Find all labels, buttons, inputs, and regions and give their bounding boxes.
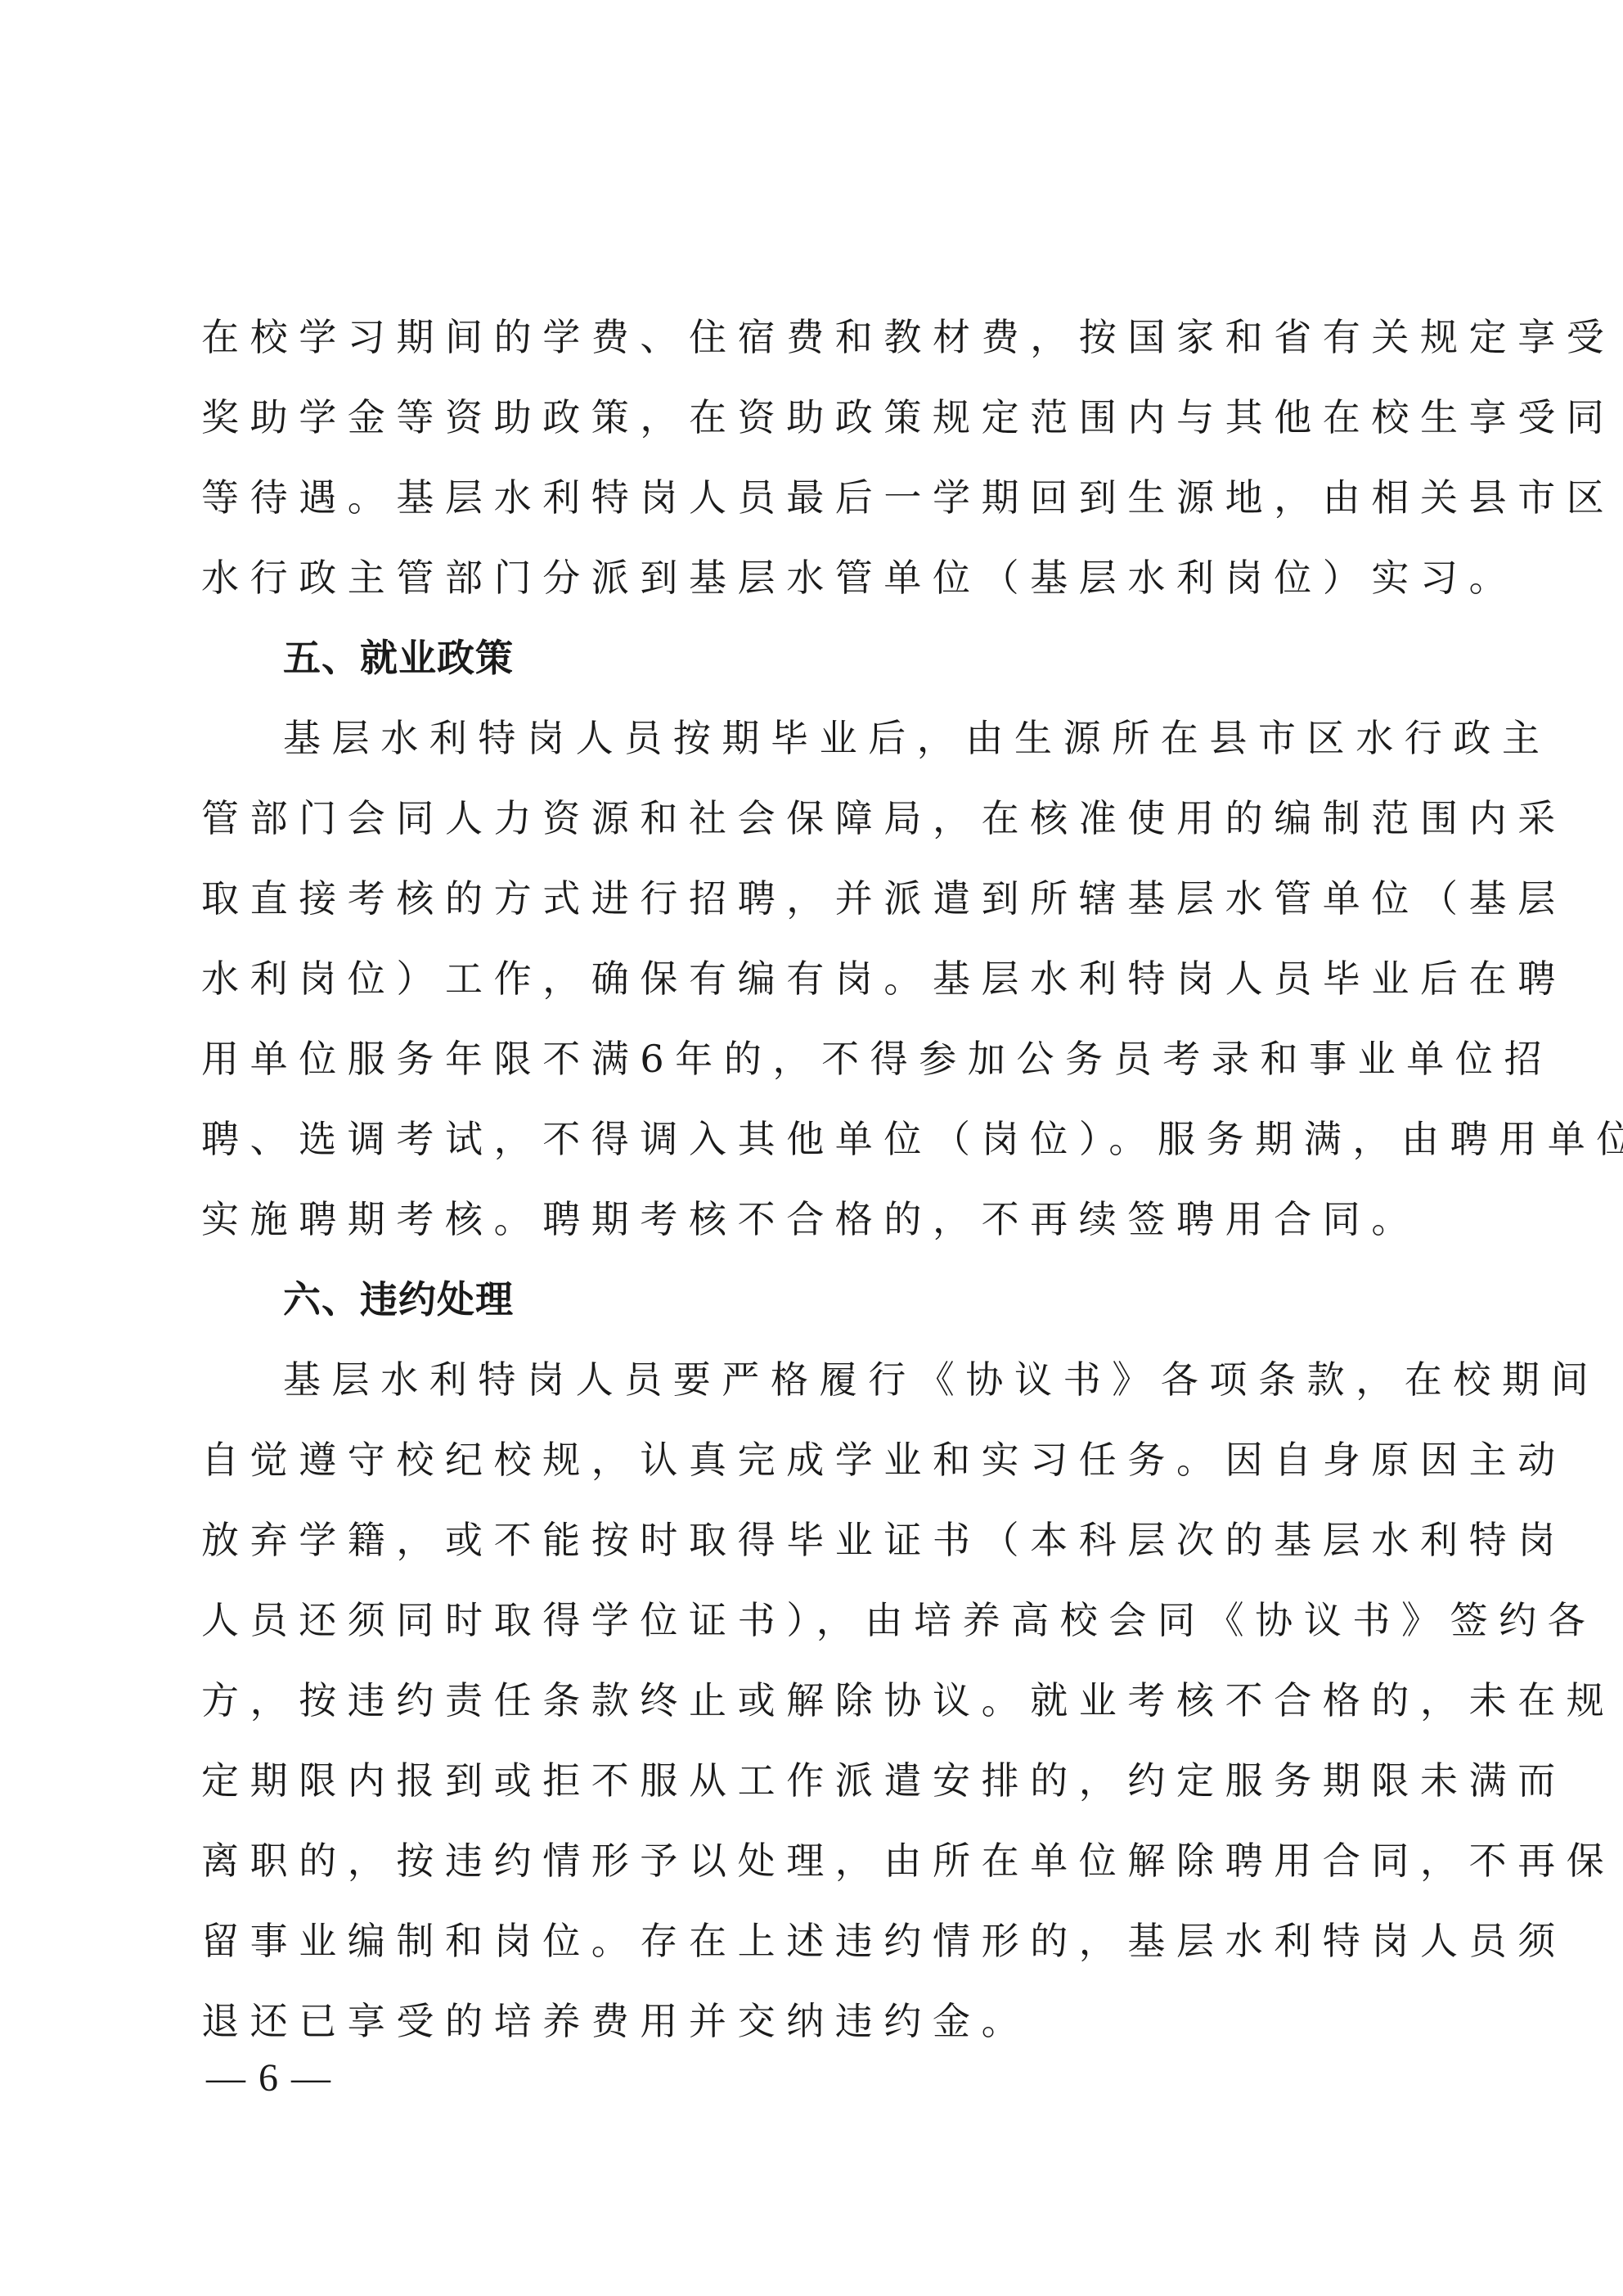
document-page: 在校学习期间的学费、住宿费和教材费，按国家和省有关规定享受 奖助学金等资助政策，… — [0, 0, 1623, 2296]
section-heading-breach-handling: 六、违约处理 — [283, 1267, 514, 1332]
paragraph-line: 放弃学籍，或不能按时取得毕业证书（本科层次的基层水利特岗 — [201, 1507, 1420, 1573]
paragraph-line: 基层水利特岗人员要严格履行《协议书》各项条款，在校期间 — [283, 1347, 1420, 1412]
paragraph-line: 实施聘期考核。聘期考核不合格的，不再续签聘用合同。 — [201, 1186, 1420, 1252]
paragraph-line: 用单位服务年限不满6年的，不得参加公务员考录和事业单位招 — [201, 1026, 1420, 1092]
paragraph-line: 方，按违约责任条款终止或解除协议。就业考核不合格的，未在规 — [201, 1668, 1420, 1733]
paragraph-line: 自觉遵守校纪校规，认真完成学业和实习任务。因自身原因主动 — [201, 1427, 1420, 1492]
page-number: — 6 — — [206, 2054, 332, 2103]
paragraph-line: 在校学习期间的学费、住宿费和教材费，按国家和省有关规定享受 — [201, 304, 1420, 370]
paragraph-line: 留事业编制和岗位。存在上述违约情形的，基层水利特岗人员须 — [201, 1908, 1420, 1974]
paragraph-line: 定期限内报到或拒不服从工作派遣安排的，约定服务期限未满而 — [201, 1748, 1420, 1813]
paragraph-line: 水利岗位）工作，确保有编有岗。基层水利特岗人员毕业后在聘 — [201, 946, 1420, 1011]
paragraph-line: 水行政主管部门分派到基层水管单位（基层水利岗位）实习。 — [201, 545, 1420, 610]
paragraph-line: 取直接考核的方式进行招聘，并派遣到所辖基层水管单位（基层 — [201, 866, 1420, 931]
paragraph-line: 管部门会同人力资源和社会保障局，在核准使用的编制范围内采 — [201, 786, 1420, 851]
paragraph-line: 人员还须同时取得学位证书），由培养高校会同《协议书》签约各 — [201, 1587, 1420, 1653]
paragraph-line: 退还已享受的培养费用并交纳违约金。 — [201, 1988, 1420, 2054]
paragraph-line: 奖助学金等资助政策，在资助政策规定范围内与其他在校生享受同 — [201, 385, 1420, 450]
paragraph-line: 离职的，按违约情形予以处理，由所在单位解除聘用合同，不再保 — [201, 1828, 1420, 1893]
paragraph-line: 等待遇。基层水利特岗人员最后一学期回到生源地，由相关县市区 — [201, 465, 1420, 530]
paragraph-line: 聘、选调考试，不得调入其他单位（岗位）。服务期满，由聘用单位 — [201, 1106, 1420, 1172]
paragraph-line: 基层水利特岗人员按期毕业后，由生源所在县市区水行政主 — [283, 705, 1420, 771]
section-heading-employment-policy: 五、就业政策 — [283, 625, 514, 691]
